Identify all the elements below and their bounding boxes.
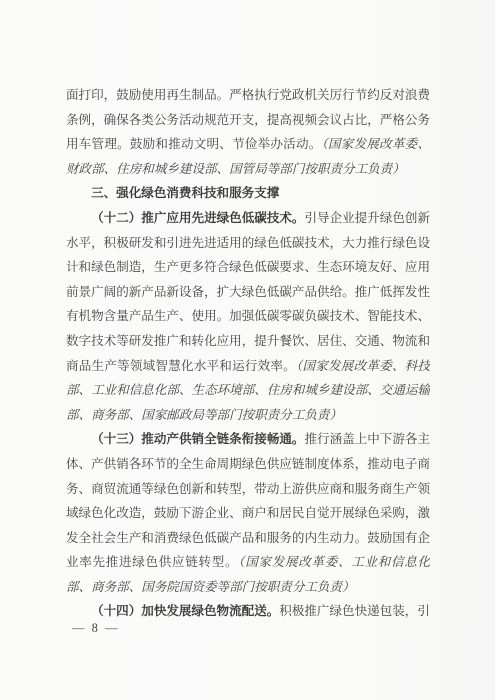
paragraph-lead: （十三）推动产供销全链条衔接畅通。 bbox=[91, 432, 304, 446]
document-content: 面打印，鼓励使用再生制品。严格执行党政机关厉行节约反对浪费条例，确保各类公务活动… bbox=[66, 83, 430, 625]
paragraph-text: 积极推广绿色快递包装，引 bbox=[279, 604, 430, 618]
paragraph-item-12: （十二）推广应用先进绿色低碳技术。引导企业提升绿色创新水平，积极研发和引进先进适… bbox=[66, 206, 430, 427]
paragraph-lead: （十二）推广应用先进绿色低碳技术。 bbox=[91, 211, 304, 225]
paragraph-item-14: （十四）加快发展绿色物流配送。积极推广绿色快递包装，引 bbox=[66, 599, 430, 624]
paragraph-text: 推行涵盖上中下游各主体、产供销各环节的全生命周期绿色供应链制度体系，推动电子商务… bbox=[66, 432, 430, 569]
paragraph-lead: （十四）加快发展绿色物流配送。 bbox=[91, 604, 279, 618]
paragraph-item-13: （十三）推动产供销全链条衔接畅通。推行涵盖上中下游各主体、产供销各环节的全生命周… bbox=[66, 427, 430, 599]
document-page: 面打印，鼓励使用再生制品。严格执行党政机关厉行节约反对浪费条例，确保各类公务活动… bbox=[0, 0, 495, 700]
paragraph-continuation: 面打印，鼓励使用再生制品。严格执行党政机关厉行节约反对浪费条例，确保各类公务活动… bbox=[66, 83, 430, 181]
page-number: — 8 — bbox=[72, 621, 120, 636]
paragraph-text: 引导企业提升绿色创新水平，积极研发和引进先进适用的绿色低碳技术，大力推行绿色设计… bbox=[66, 211, 430, 373]
section-heading: 三、强化绿色消费科技和服务支撑 bbox=[66, 181, 430, 206]
